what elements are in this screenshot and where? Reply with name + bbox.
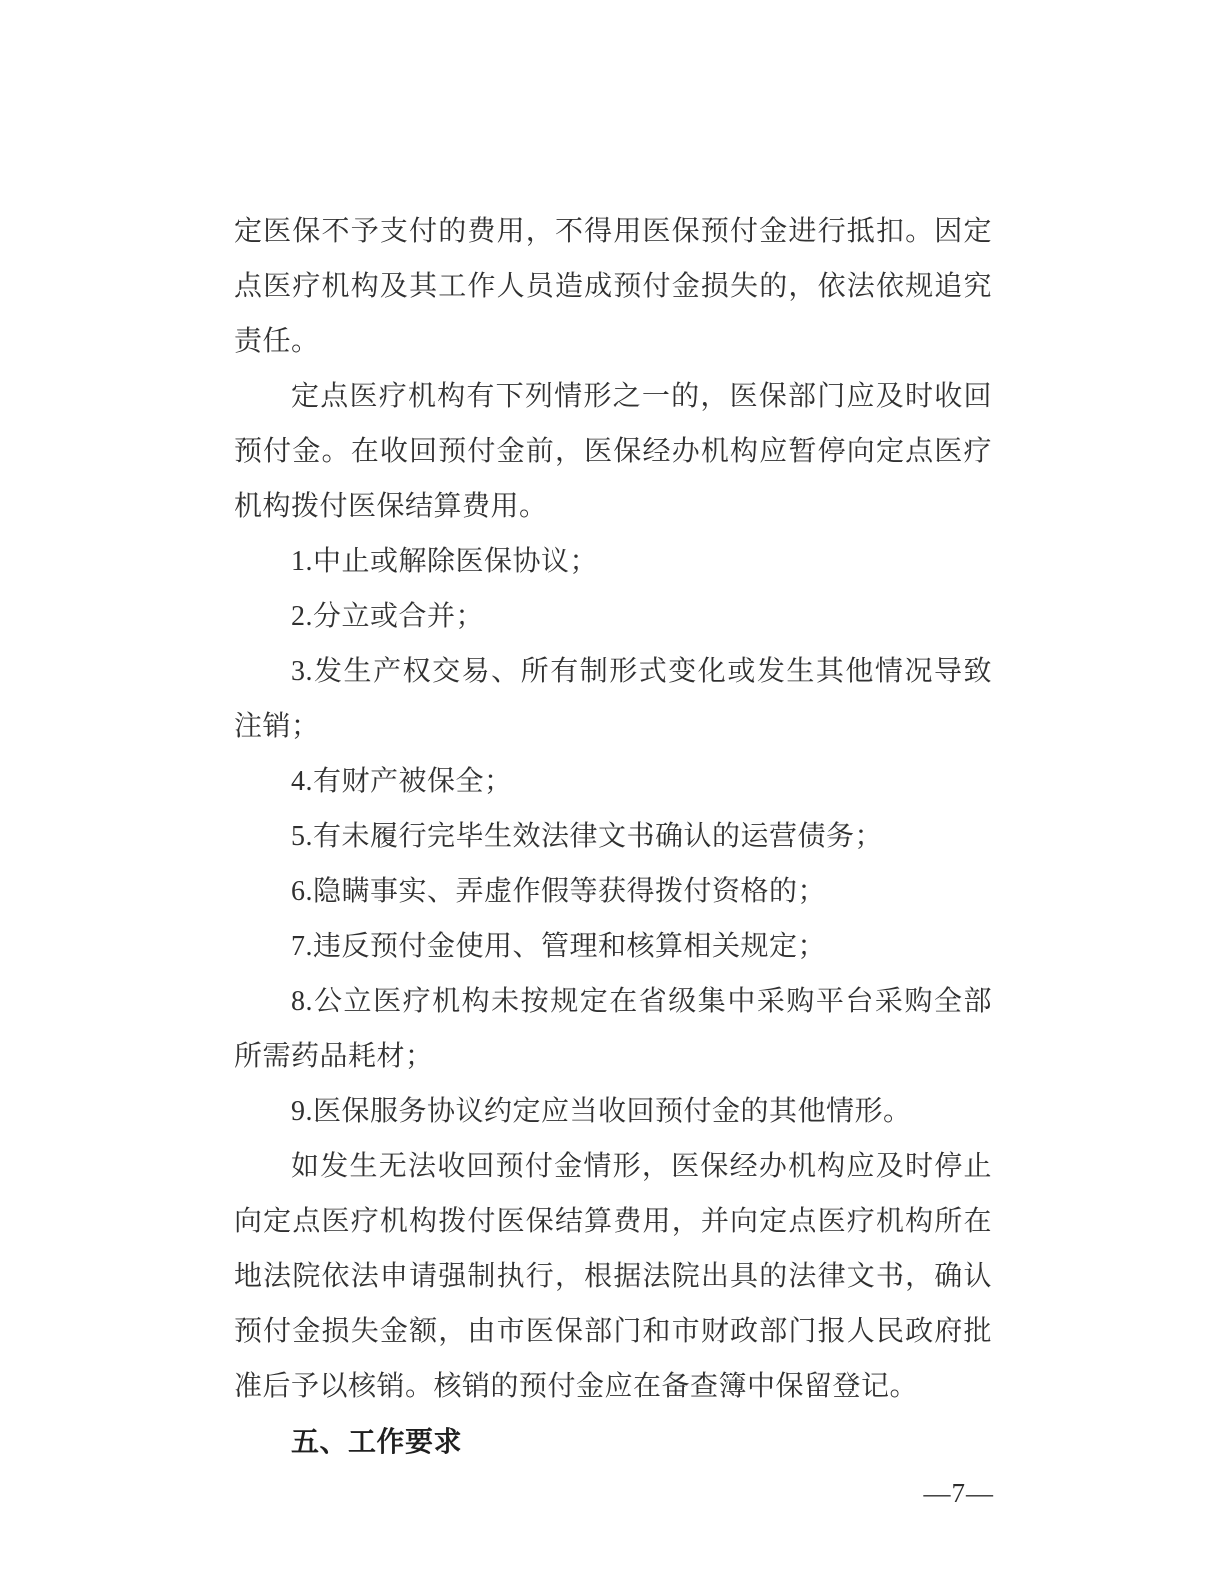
list-item-2: 2.分立或合并； bbox=[234, 589, 992, 644]
list-item-7: 7.违反预付金使用、管理和核算相关规定； bbox=[234, 919, 992, 974]
list-item-1: 1.中止或解除医保协议； bbox=[234, 534, 992, 589]
page-number: —7— bbox=[924, 1478, 995, 1509]
paragraph-continuation-no-offset: 定医保不予支付的费用，不得用医保预付金进行抵扣。因定点医疗机构及其工作人员造成预… bbox=[234, 204, 992, 369]
list-item-9: 9.医保服务协议约定应当收回预付金的其他情形。 bbox=[234, 1084, 992, 1139]
list-item-5: 5.有未履行完毕生效法律文书确认的运营债务； bbox=[234, 809, 992, 864]
document-page: 定医保不予支付的费用，不得用医保预付金进行抵扣。因定点医疗机构及其工作人员造成预… bbox=[0, 0, 1224, 1584]
section-heading-work-requirements: 五、工作要求 bbox=[234, 1414, 992, 1469]
document-body: 定医保不予支付的费用，不得用医保预付金进行抵扣。因定点医疗机构及其工作人员造成预… bbox=[234, 204, 992, 1469]
list-item-4: 4.有财产被保全； bbox=[234, 754, 992, 809]
list-item-6: 6.隐瞒事实、弄虚作假等获得拨付资格的； bbox=[234, 864, 992, 919]
list-item-8: 8.公立医疗机构未按规定在省级集中采购平台采购全部所需药品耗材； bbox=[234, 974, 992, 1084]
list-item-3: 3.发生产权交易、所有制形式变化或发生其他情况导致注销； bbox=[234, 644, 992, 754]
paragraph-recall-conditions-intro: 定点医疗机构有下列情形之一的，医保部门应及时收回预付金。在收回预付金前，医保经办… bbox=[234, 369, 992, 534]
paragraph-unrecoverable-funds-procedure: 如发生无法收回预付金情形，医保经办机构应及时停止向定点医疗机构拨付医保结算费用，… bbox=[234, 1139, 992, 1414]
